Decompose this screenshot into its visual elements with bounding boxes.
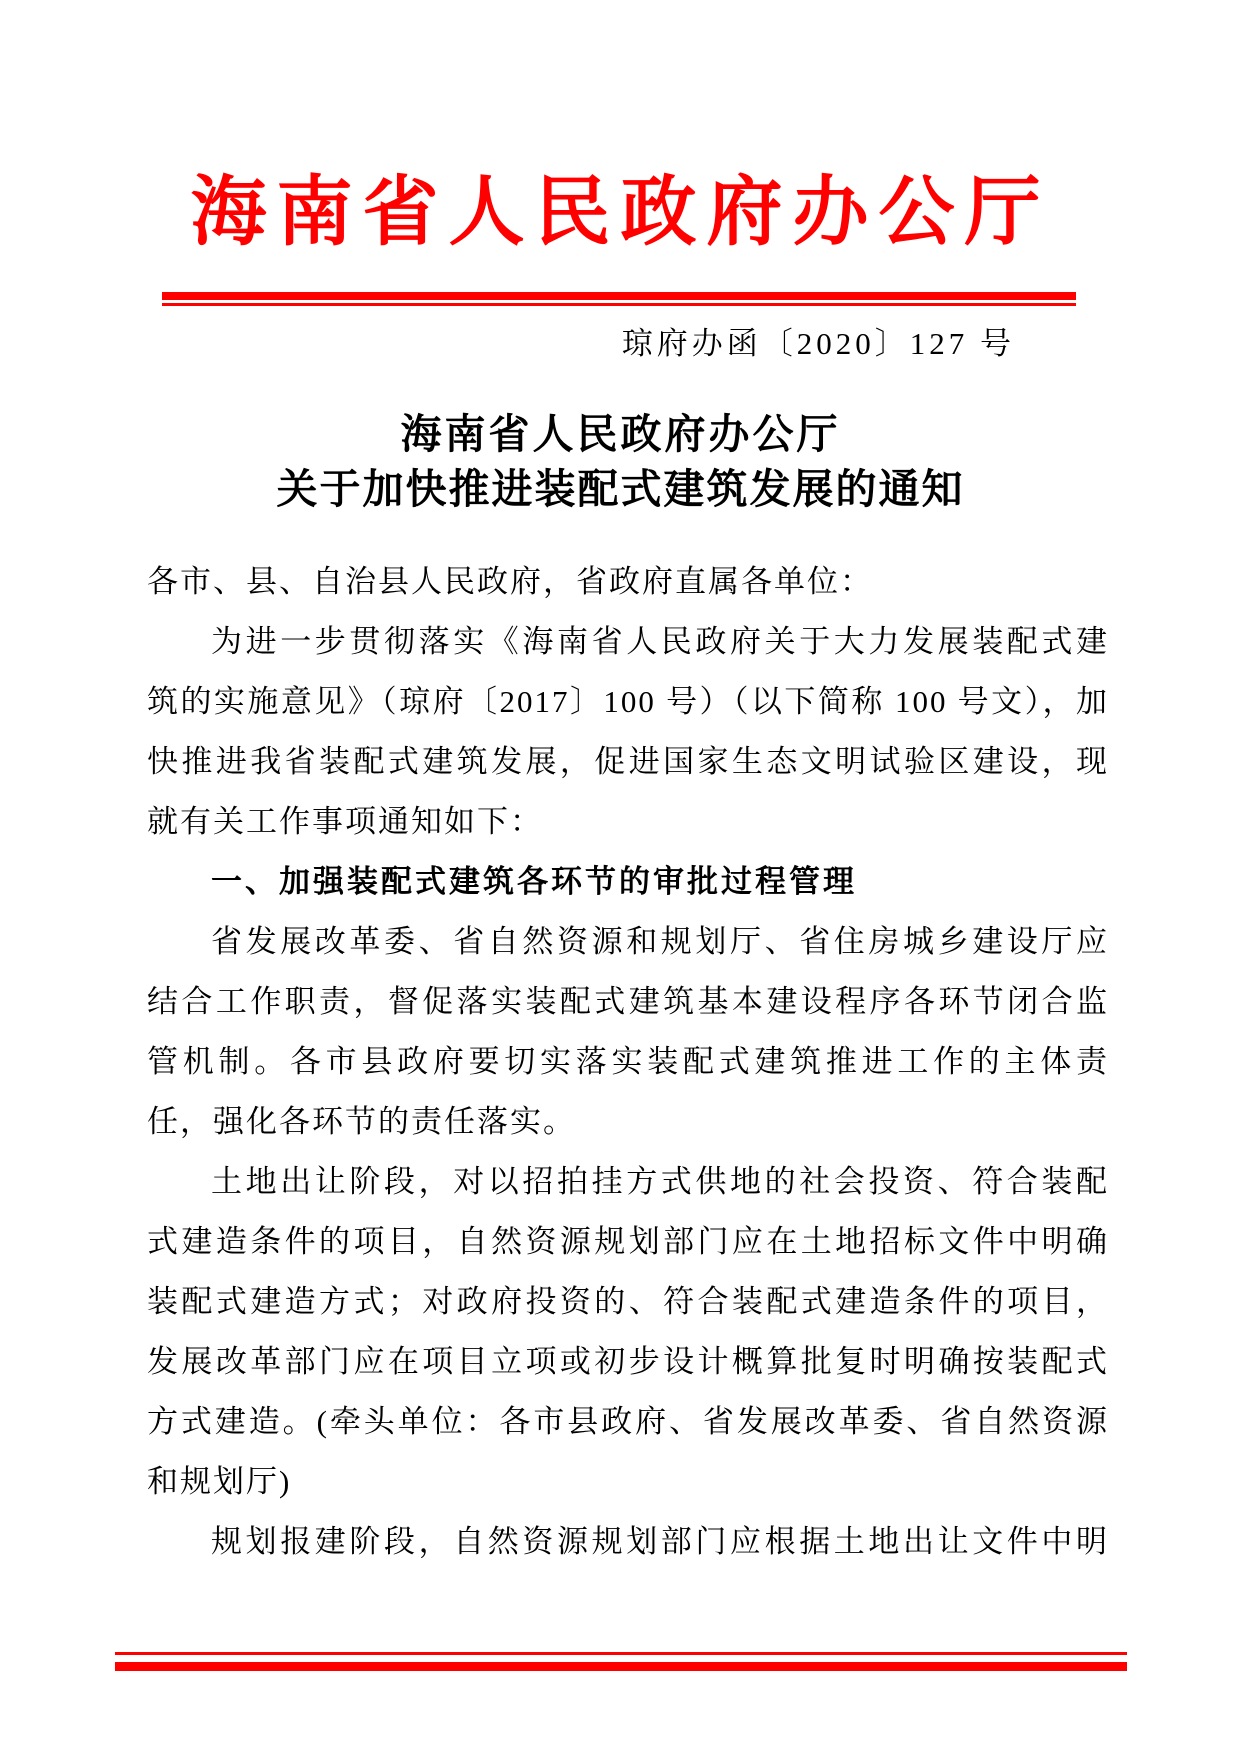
body-line: 方式建造。(牵头单位：各市县政府、省发展改革委、省自然资源 [147, 1392, 1109, 1452]
document-page: 海南省人民政府办公厅 琼府办函〔2020〕127 号 海南省人民政府办公厅 关于… [0, 0, 1241, 1755]
body-line: 装配式建造方式；对政府投资的、符合装配式建造条件的项目， [147, 1272, 1109, 1332]
body-line: 结合工作职责，督促落实装配式建筑基本建设程序各环节闭合监 [147, 972, 1109, 1032]
doc-reference-number: 琼府办函〔2020〕127 号 [145, 322, 1015, 366]
body-line: 发展改革部门应在项目立项或初步设计概算批复时明确按装配式 [147, 1332, 1109, 1392]
footer-rule-thin [115, 1652, 1127, 1655]
body-line: 规划报建阶段，自然资源规划部门应根据土地出让文件中明 [147, 1512, 1109, 1572]
body-line: 省发展改革委、省自然资源和规划厅、省住房城乡建设厅应 [147, 912, 1109, 972]
body-section-heading: 一、加强装配式建筑各环节的审批过程管理 [147, 852, 1109, 912]
body-line: 式建造条件的项目，自然资源规划部门应在土地招标文件中明确 [147, 1212, 1109, 1272]
body-line-salutation: 各市、县、自治县人民政府，省政府直属各单位： [147, 552, 1109, 612]
footer-rule-thick [115, 1662, 1127, 1671]
header-rule-thin [162, 303, 1076, 306]
header-rule-thick [162, 292, 1076, 300]
document-title-line1: 海南省人民政府办公厅 [0, 408, 1241, 460]
body-line: 筑的实施意见》（琼府〔2017〕100 号）（以下简称 100 号文），加 [147, 672, 1109, 732]
body-line: 管机制。各市县政府要切实落实装配式建筑推进工作的主体责 [147, 1032, 1109, 1092]
letterhead-org-name: 海南省人民政府办公厅 [0, 158, 1241, 268]
document-title-line2: 关于加快推进装配式建筑发展的通知 [0, 463, 1241, 515]
body-line: 任，强化各环节的责任落实。 [147, 1092, 1109, 1152]
body-line: 为进一步贯彻落实《海南省人民政府关于大力发展装配式建 [147, 612, 1109, 672]
body-line: 就有关工作事项通知如下： [147, 792, 1109, 852]
document-body: 各市、县、自治县人民政府，省政府直属各单位： 为进一步贯彻落实《海南省人民政府关… [147, 552, 1109, 1572]
body-line: 快推进我省装配式建筑发展，促进国家生态文明试验区建设，现 [147, 732, 1109, 792]
body-line: 和规划厅) [147, 1452, 1109, 1512]
body-line: 土地出让阶段，对以招拍挂方式供地的社会投资、符合装配 [147, 1152, 1109, 1212]
